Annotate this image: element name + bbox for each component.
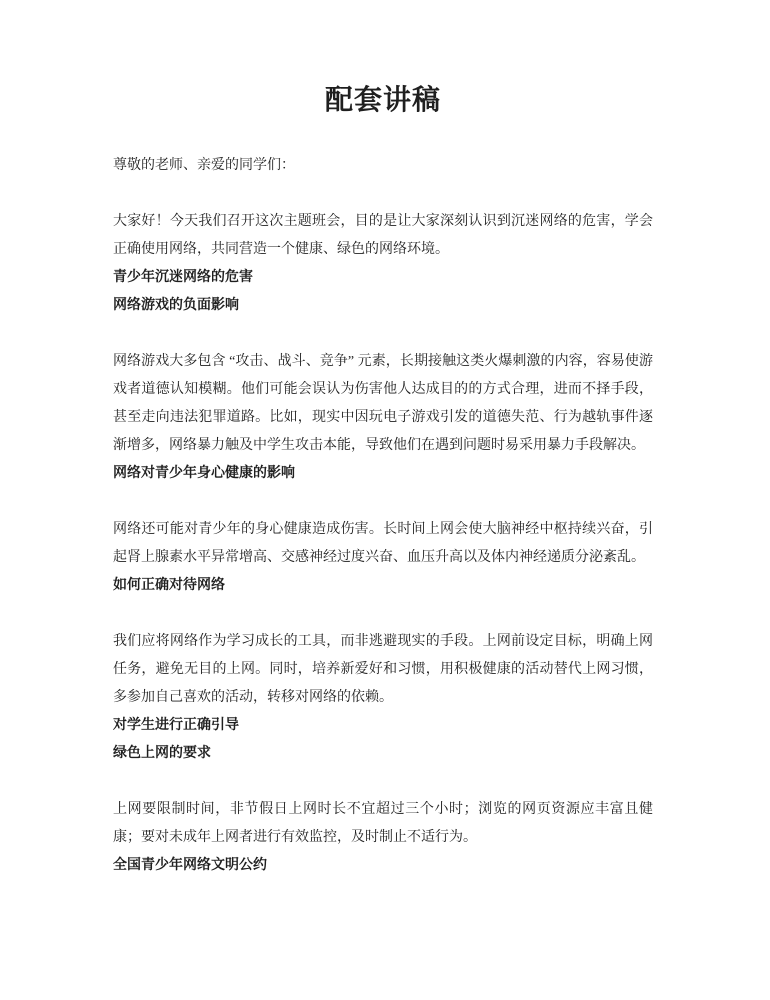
document-title: 配套讲稿 (113, 86, 653, 116)
section-heading-physical-mental-health: 网络对青少年身心健康的影响 (113, 460, 653, 488)
section-body-physical-mental-health: 网络还可能对青少年的身心健康造成伤害。长时间上网会使大脑神经中枢持续兴奋，引起肾… (113, 516, 653, 572)
section-heading-student-guidance: 对学生进行正确引导 (113, 712, 653, 740)
blank-line (113, 320, 653, 348)
document-page: 配套讲稿 尊敬的老师、亲爱的同学们： 大家好！今天我们召开这次主题班会，目的是让… (0, 0, 770, 1000)
blank-line (113, 180, 653, 208)
section-body-game-negative-effects: 网络游戏大多包含 “攻击、战斗、竞争” 元素，长期接触这类火爆刺激的内容，容易使… (113, 348, 653, 460)
intro-paragraph: 大家好！今天我们召开这次主题班会，目的是让大家深刻认识到沉迷网络的危害，学会正确… (113, 208, 653, 264)
section-body-green-internet: 上网要限制时间，非节假日上网时长不宜超过三个小时；浏览的网页资源应丰富且健康；要… (113, 796, 653, 852)
salutation: 尊敬的老师、亲爱的同学们： (113, 152, 653, 180)
section-heading-addiction-harm: 青少年沉迷网络的危害 (113, 264, 653, 292)
section-heading-civility-convention: 全国青少年网络文明公约 (113, 852, 653, 880)
blank-line (113, 600, 653, 628)
section-heading-game-negative-effects: 网络游戏的负面影响 (113, 292, 653, 320)
blank-line (113, 488, 653, 516)
section-heading-green-internet: 绿色上网的要求 (113, 740, 653, 768)
blank-line (113, 768, 653, 796)
section-body-correct-attitude: 我们应将网络作为学习成长的工具，而非逃避现实的手段。上网前设定目标，明确上网任务… (113, 628, 653, 712)
section-heading-correct-attitude: 如何正确对待网络 (113, 572, 653, 600)
